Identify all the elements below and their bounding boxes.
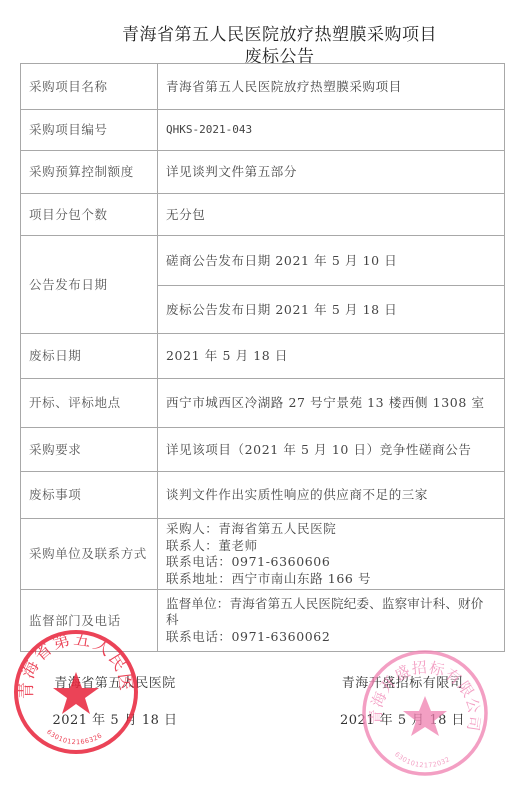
row-value: QHKS-2021-043 xyxy=(158,110,505,151)
row-value: 2021 年 5 月 18 日 xyxy=(158,334,505,379)
row-label: 废标事项 xyxy=(21,472,158,519)
row-label: 开标、评标地点 xyxy=(21,379,158,428)
table-row: 开标、评标地点 西宁市城西区冷湖路 27 号宁景苑 13 楼西侧 1308 室 xyxy=(21,379,505,428)
supervisor-line: 监督单位：青海省第五人民医院纪委、监察审计科、财价 xyxy=(166,596,504,613)
row-value: 青海省第五人民医院放疗热塑膜采购项目 xyxy=(158,64,505,110)
row-label: 采购项目编号 xyxy=(21,110,158,151)
row-value: 废标公告发布日期 2021 年 5 月 18 日 xyxy=(158,286,505,334)
row-value: 磋商公告发布日期 2021 年 5 月 10 日 xyxy=(158,236,505,286)
table-row: 项目分包个数 无分包 xyxy=(21,194,505,236)
row-value: 详见谈判文件第五部分 xyxy=(158,151,505,194)
signature-left-date: 2021 年 5 月 18 日 xyxy=(30,709,200,728)
svg-text:6301012172032: 6301012172032 xyxy=(393,750,451,769)
row-label: 项目分包个数 xyxy=(21,194,158,236)
supervisor-line-cont: 科 xyxy=(166,612,504,629)
purchaser-line: 采购人：青海省第五人民医院 xyxy=(166,521,504,538)
row-label: 采购预算控制额度 xyxy=(21,151,158,194)
row-label: 监督部门及电话 xyxy=(21,590,158,652)
signature-left-org: 青海省第五人民医院 xyxy=(30,672,200,691)
row-label: 公告发布日期 xyxy=(21,236,158,334)
table-row: 监督部门及电话 监督单位：青海省第五人民医院纪委、监察审计科、财价 科 联系电话… xyxy=(21,590,505,652)
row-value: 谈判文件作出实质性响应的供应商不足的三家 xyxy=(158,472,505,519)
row-label: 采购项目名称 xyxy=(21,64,158,110)
contact-phone-line: 联系电话：0971-6360606 xyxy=(166,554,504,571)
row-label: 采购要求 xyxy=(21,428,158,472)
table-row: 采购单位及联系方式 采购人：青海省第五人民医院 联系人：董老师 联系电话：097… xyxy=(21,519,505,590)
row-label: 废标日期 xyxy=(21,334,158,379)
announcement-table: 采购项目名称 青海省第五人民医院放疗热塑膜采购项目 采购项目编号 QHKS-20… xyxy=(20,63,505,652)
signature-right-date: 2021 年 5 月 18 日 xyxy=(320,709,485,728)
row-value: 无分包 xyxy=(158,194,505,236)
row-label: 采购单位及联系方式 xyxy=(21,519,158,590)
table-row: 公告发布日期 磋商公告发布日期 2021 年 5 月 10 日 xyxy=(21,236,505,286)
row-value: 详见该项目（2021 年 5 月 10 日）竞争性磋商公告 xyxy=(158,428,505,472)
table-row: 采购预算控制额度 详见谈判文件第五部分 xyxy=(21,151,505,194)
table-row: 废标日期 2021 年 5 月 18 日 xyxy=(21,334,505,379)
supervisor-phone-line: 联系电话：0971-6360062 xyxy=(166,629,504,646)
contact-address-line: 联系地址：西宁市南山东路 166 号 xyxy=(166,571,504,588)
row-value-multiline: 采购人：青海省第五人民医院 联系人：董老师 联系电话：0971-6360606 … xyxy=(158,519,505,590)
row-value: 西宁市城西区冷湖路 27 号宁景苑 13 楼西侧 1308 室 xyxy=(158,379,505,428)
signature-right-org: 青海开盛招标有限司 xyxy=(320,672,485,691)
table-row: 采购项目名称 青海省第五人民医院放疗热塑膜采购项目 xyxy=(21,64,505,110)
table-row: 废标事项 谈判文件作出实质性响应的供应商不足的三家 xyxy=(21,472,505,519)
table-row: 采购要求 详见该项目（2021 年 5 月 10 日）竞争性磋商公告 xyxy=(21,428,505,472)
contact-person-line: 联系人：董老师 xyxy=(166,538,504,555)
row-value-multiline: 监督单位：青海省第五人民医院纪委、监察审计科、财价 科 联系电话：0971-63… xyxy=(158,590,505,652)
svg-text:6301012166326: 6301012166326 xyxy=(45,728,103,746)
table-row: 采购项目编号 QHKS-2021-043 xyxy=(21,110,505,151)
